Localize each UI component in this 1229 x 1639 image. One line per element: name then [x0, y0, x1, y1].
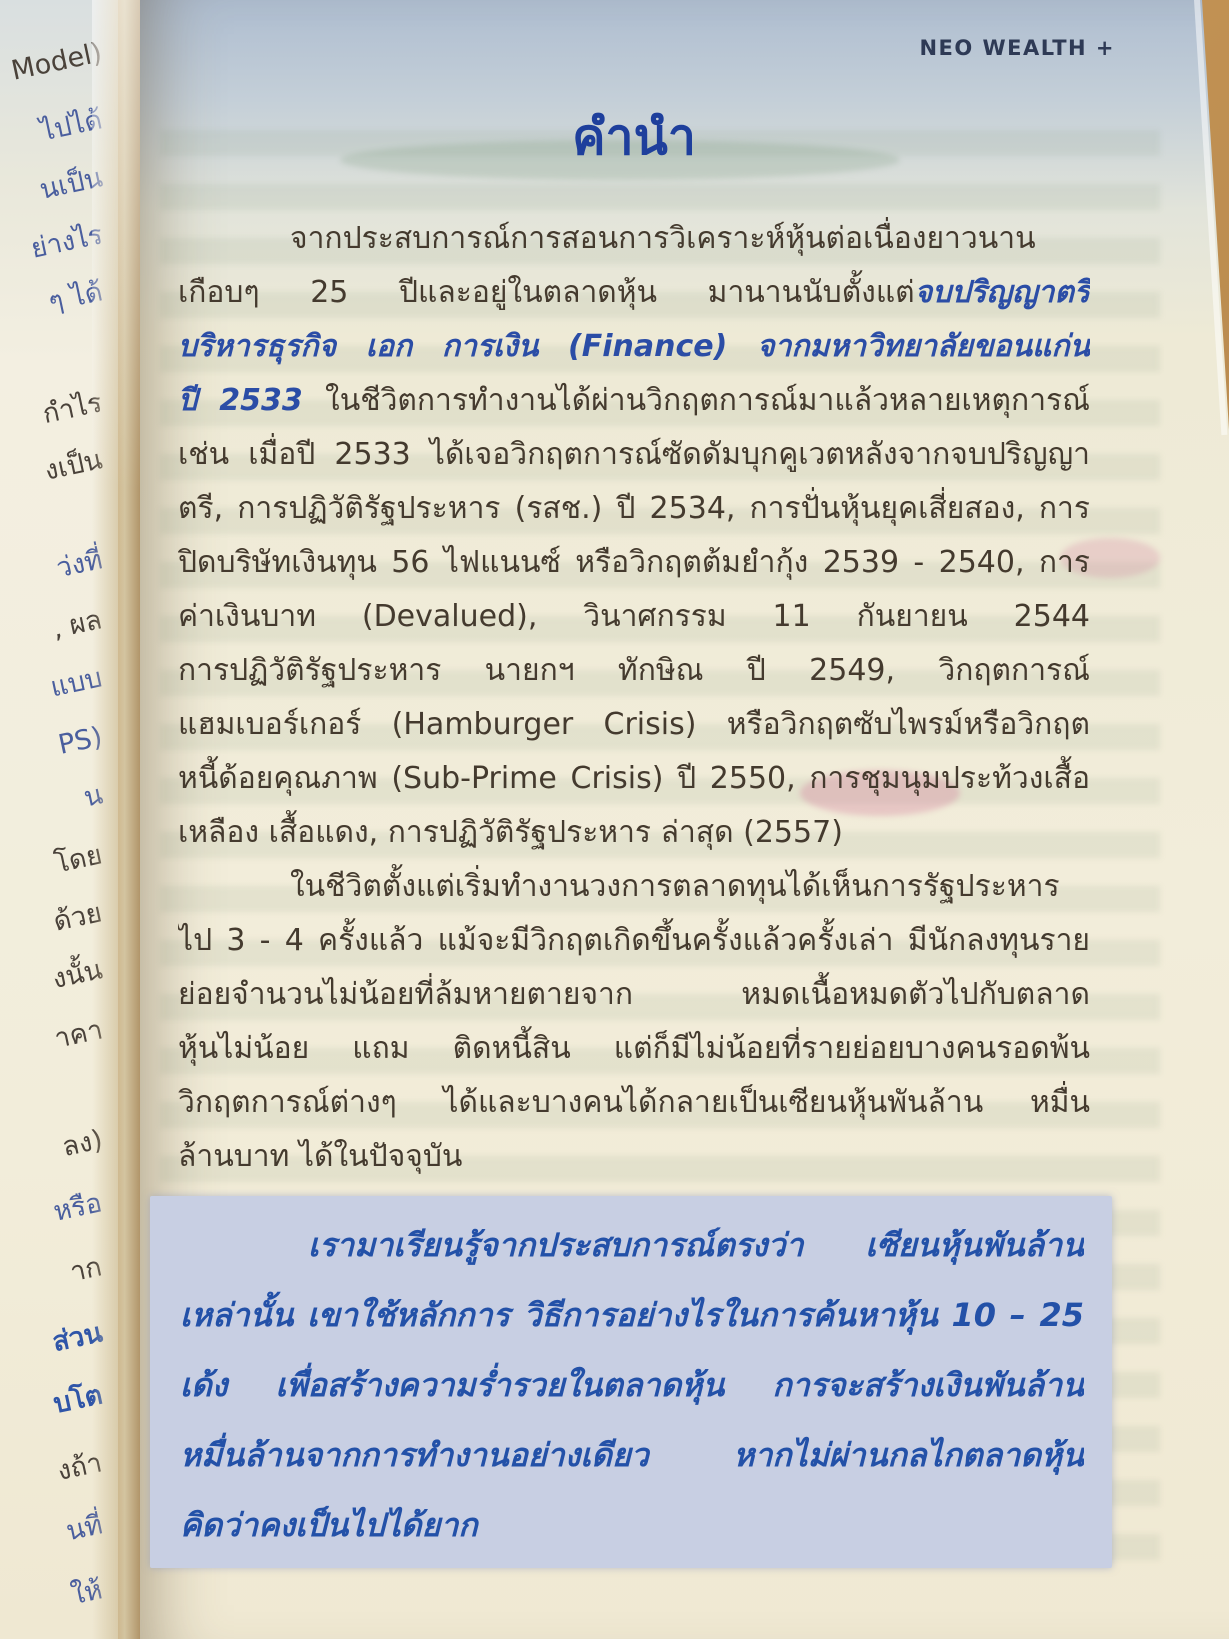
text-line: ในชีวิตตั้งแต่เริ่มทำงานวงการตลาดทุนได้เ… [178, 860, 1090, 914]
emphasis-text: ปี 2533 [178, 383, 325, 418]
emphasis-text: บริหารธุรกิจ เอก การเงิน (Finance) จากมห… [178, 329, 1090, 364]
book-page-photo: Model) ไปได้ นเป็น ย่างไร ๆ ได้ กำไร งเป… [0, 0, 1229, 1639]
text-line: หุ้นไม่น้อย แถม ติดหนี้สิน แต่ก็มีไม่น้อ… [178, 1022, 1090, 1076]
text-line: ตรี, การปฏิวัติรัฐประหาร (รสช.) ปี 2534,… [178, 482, 1090, 536]
highlight-line: เรามาเรียนรู้จากประสบการณ์ตรงว่า เซียนหุ… [180, 1210, 1084, 1280]
emphasis-text: จบปริญญาตรี [915, 275, 1090, 310]
text-line: วิกฤตการณ์ต่างๆ ได้และบางคนได้กลายเป็นเซ… [178, 1076, 1090, 1130]
page-header-brand: NEO WEALTH + [919, 36, 1115, 60]
page-title: คำนำ [178, 98, 1090, 177]
highlight-box: เรามาเรียนรู้จากประสบการณ์ตรงว่า เซียนหุ… [150, 1196, 1112, 1568]
page-edge-highlight [1194, 0, 1227, 435]
highlight-line: หมื่นล้านจากการทำงานอย่างเดียว หากไม่ผ่า… [180, 1420, 1084, 1490]
text-line: บริหารธุรกิจ เอก การเงิน (Finance) จากมห… [178, 320, 1090, 374]
text-line: แฮมเบอร์เกอร์ (Hamburger Crisis) หรือวิก… [178, 698, 1090, 752]
text-line: จากประสบการณ์การสอนการวิเคราะห์หุ้นต่อเน… [178, 212, 1090, 266]
text-line: ย่อยจำนวนไม่น้อยที่ล้มหายตายจาก หมดเนื้อ… [178, 968, 1090, 1022]
text-line: ปี 2533 ในชีวิตการทำงานได้ผ่านวิกฤตการณ์… [178, 374, 1090, 428]
page-fragment: Model) [9, 38, 105, 86]
body-text: จากประสบการณ์การสอนการวิเคราะห์หุ้นต่อเน… [178, 212, 1090, 1184]
text-line: หนี้ด้อยคุณภาพ (Sub-Prime Crisis) ปี 255… [178, 752, 1090, 806]
highlight-line: คิดว่าคงเป็นไปได้ยาก [180, 1490, 1084, 1560]
highlight-line: เด้ง เพื่อสร้างความร่ำรวยในตลาดหุ้น การจ… [180, 1350, 1084, 1420]
text-line: เกือบๆ 25 ปีและอยู่ในตลาดหุ้น มานานนับตั… [178, 266, 1090, 320]
right-page: NEO WEALTH + คำนำ จากประสบการณ์การสอนการ… [140, 0, 1229, 1639]
text-line: ค่าเงินบาท (Devalued), วินาศกรรม 11 กันย… [178, 590, 1090, 644]
text-line: เหลือง เสื้อแดง, การปฏิวัติรัฐประหาร ล่า… [178, 806, 1090, 860]
text-line: เช่น เมื่อปี 2533 ได้เจอวิกฤตการณ์ซัดดัม… [178, 428, 1090, 482]
text-line: ปิดบริษัทเงินทุน 56 ไฟแนนซ์ หรือวิกฤตต้ม… [178, 536, 1090, 590]
text-line: การปฏิวัติรัฐประหาร นายกฯ ทักษิณ ปี 2549… [178, 644, 1090, 698]
text-line: ไป 3 - 4 ครั้งแล้ว แม้จะมีวิกฤตเกิดขึ้นค… [178, 914, 1090, 968]
highlight-line: เหล่านั้น เขาใช้หลักการ วิธีการอย่างไรใน… [180, 1280, 1084, 1350]
text-line: ล้านบาท ได้ในปัจจุบัน [178, 1130, 1090, 1184]
